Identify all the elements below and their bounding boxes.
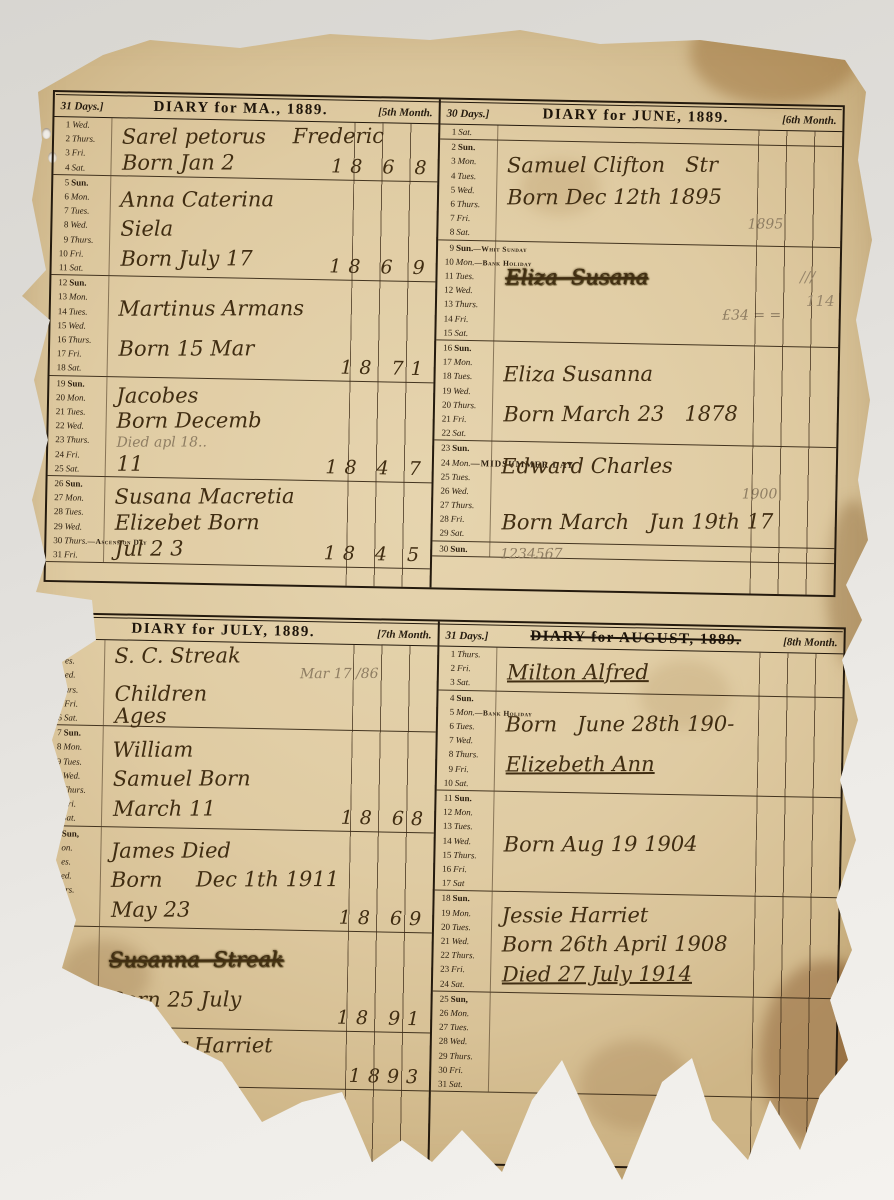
day-column: 12Sun.13Mon.14Tues.15Wed.16Thurs.17Fri.1…	[50, 275, 110, 375]
diary-day-row: 9Fri.	[439, 761, 494, 776]
diary-day-row: 17Sat	[437, 876, 492, 891]
diary-day-row: 22Sat.	[436, 426, 491, 441]
day-name: Sun.	[69, 278, 86, 288]
diary-day-row: 5Fri.	[48, 696, 103, 711]
handwritten-entry: Elizebeth Ann	[506, 753, 840, 775]
day-name: Mon.	[452, 457, 471, 467]
handwritten-entry: Martinus Armans	[118, 298, 432, 320]
day-number: 25	[436, 469, 450, 483]
handwritten-year: 18 68	[340, 806, 430, 830]
diary-day-row: 13Thurs.	[439, 297, 494, 312]
day-name: Sat.	[71, 162, 85, 172]
day-name: Thurs.	[451, 500, 474, 510]
diary-day-row: 29Sat.	[434, 526, 489, 541]
day-number: 25	[435, 991, 449, 1005]
day-name: Fri.	[64, 698, 78, 708]
diary-day-row: 28Tues.	[49, 504, 104, 519]
diary-day-row: 15Sat.	[438, 325, 493, 340]
month-number-label: [6th Month.	[782, 114, 837, 127]
day-name: Thurs.	[70, 234, 93, 244]
day-name: Mon.	[454, 357, 473, 367]
day-name: un,	[60, 928, 71, 938]
day-number: 15	[52, 318, 66, 332]
diary-day-row: 2Fri.	[441, 661, 496, 676]
day-number: 30	[433, 1062, 447, 1076]
day-name: Sun.	[456, 692, 473, 702]
day-name: es.	[61, 856, 71, 866]
handwritten-entry: Died 27 July 1914	[502, 963, 836, 985]
day-name: urs.	[64, 684, 78, 694]
stain	[690, 0, 860, 105]
day-number: 19	[436, 905, 450, 919]
day-number: 26	[49, 476, 63, 490]
day-name: i.	[60, 899, 65, 909]
day-name: Tues.	[65, 507, 84, 517]
handwritten-entries: S. C. StreakMar 17 /86ChildrenAges	[104, 643, 436, 729]
day-name: Mon.	[450, 1008, 469, 1018]
diary-day-row: urs.	[45, 882, 100, 897]
day-name: Wed.	[457, 185, 475, 195]
week-block: 23Sun.24Mon.—MIDSUMMER DAY25Tues.26Wed.2…	[432, 441, 836, 549]
day-number: 25	[50, 461, 64, 475]
handwritten-entry: Eliza Susanna	[503, 364, 835, 386]
day-name: Tues.	[455, 271, 474, 281]
day-name: Mon.	[67, 392, 86, 402]
handwritten-entry: Born Dec 1th 1911	[111, 868, 431, 890]
day-number: 5	[441, 182, 455, 196]
diary-day-row	[41, 1041, 96, 1056]
month-grid: 1Sat.2Sun.3Mon.4Tues.5Wed.6Thurs.7Fri.8S…	[432, 124, 843, 595]
day-name: Tues.	[450, 1022, 469, 1032]
photograph-background: 31 Days.] DIARY for MA., 1889. [5th Mont…	[0, 0, 894, 1200]
month-number-label: [8th Month.	[783, 636, 838, 649]
day-name: Mon.	[456, 257, 475, 267]
diary-day-row: 13Mon.	[53, 289, 108, 304]
diary-day-row: 6Sat.	[48, 710, 103, 725]
day-number: 5	[440, 704, 454, 718]
day-number: 17	[437, 876, 451, 890]
day-name: Mon.	[456, 707, 475, 717]
handwritten-year: 18 4 7	[325, 456, 428, 480]
day-name: Thurs.	[449, 1050, 472, 1060]
day-name: Sun.	[64, 728, 81, 738]
handwritten-entry: Born Dec 12th 1895	[507, 186, 839, 208]
handwritten-entry: Jessie Harriet	[502, 904, 836, 926]
day-name: Thurs.	[451, 950, 474, 960]
diary-day-row: 24Mon.—MIDSUMMER DAY	[436, 455, 491, 470]
diary-day-row: 10Fri.	[54, 246, 109, 261]
diary-month-may: 31 Days.] DIARY for MA., 1889. [5th Mont…	[46, 92, 439, 587]
month-grid: 1Thurs.2Fri.3Sat.Milton Alfred4Sun.5Mon.…	[430, 647, 844, 1171]
diary-day-row: 30Fri.	[433, 1062, 488, 1077]
diary-day-row: 8Sat.	[440, 225, 495, 240]
day-name: Fri.	[455, 763, 469, 773]
diary-day-row: on.	[45, 840, 100, 855]
diary-day-row	[43, 969, 98, 984]
week-block: 16Sun.17Mon.18Tues.19Wed.20Thurs.21Fri.2…	[434, 340, 838, 448]
diary-day-row: ed.	[49, 667, 104, 682]
day-number: 19	[51, 376, 65, 390]
week-block: 4Sun.5Mon.—Bank Holiday6Tues.7Wed.8Thurs…	[437, 690, 843, 798]
week-block: 25Sun,26Mon.27Tues.28Wed.29Thurs.30Fri.3…	[431, 991, 837, 1099]
diary-day-row: 4Tues.	[441, 168, 496, 183]
day-number: 1	[56, 117, 70, 131]
diary-day-row: 7Tues.	[55, 203, 110, 218]
day-number: 6	[55, 189, 69, 203]
diary-day-row: 19Sun.	[51, 376, 106, 391]
day-number: 13	[46, 810, 60, 824]
day-number: 11	[438, 791, 452, 805]
day-name: on.	[61, 842, 72, 852]
day-number: 3	[442, 154, 456, 168]
day-column: 18Sun.19Mon.20Tues.21Wed.22Thurs.23Fri.2…	[433, 891, 493, 991]
diary-day-row: 5Sun.	[55, 175, 110, 190]
diary-day-row: 8Wed.	[54, 217, 109, 232]
diary-month-july: ys.] DIARY for JULY, 1889. [7th Month. o…	[38, 614, 438, 1162]
month-grid: 1Wed.2Thurs.3Fri.4Sat.Sarel petorus Fred…	[46, 117, 439, 587]
diary-day-row: 18Sat.	[52, 360, 107, 375]
diary-day-row: 13Sat.	[46, 810, 101, 825]
day-number: 31	[48, 547, 62, 561]
day-name: on.	[65, 641, 76, 651]
day-number: 6	[441, 196, 455, 210]
month-title: DIARY for JULY, 1889.	[131, 621, 315, 642]
diary-day-row: 27Thurs.	[435, 498, 490, 513]
handwritten-year: 18 91	[337, 1007, 427, 1031]
day-number: 4	[440, 690, 454, 704]
day-name: Wed.	[63, 770, 81, 780]
day-number: 18	[436, 891, 450, 905]
handwritten-year: 18 71	[340, 356, 430, 380]
day-number: 15	[437, 847, 451, 861]
day-name: Thurs.	[68, 334, 91, 344]
handwritten-entry: Elizebet Born	[115, 512, 429, 534]
diary-day-row: 19Wed.	[437, 383, 492, 398]
handwritten-entries: Jessie HarrietBorn 26th April 1908Died 2…	[492, 895, 838, 996]
diary-day-row: 21Wed.	[436, 933, 491, 948]
day-name: Sun,	[451, 994, 468, 1004]
diary-day-row: 21Fri.	[437, 411, 492, 426]
diary-day-row: 14Wed.	[438, 833, 493, 848]
day-number: 3	[56, 145, 70, 159]
pencil-note: 1900	[742, 487, 778, 501]
day-number: 12	[46, 796, 60, 810]
day-column: 9Sun.—Whit Sunday10Mon.—Bank Holiday11Tu…	[436, 240, 496, 340]
day-number: 8	[54, 217, 68, 231]
diary-day-row: 10Mon.—Bank Holiday	[440, 254, 495, 269]
day-number: 6	[48, 710, 62, 724]
day-number: 31	[433, 1076, 447, 1090]
diary-day-row: un,	[44, 926, 99, 941]
pencil-note: 1234567	[500, 546, 832, 561]
month-grid: on.es.ed.urs.5Fri.6Sat.S. C. StreakMar 1…	[38, 639, 438, 1162]
day-number: 11	[53, 260, 67, 274]
diary-day-row: 31Fri.	[48, 547, 103, 562]
day-name: Mon.	[71, 191, 90, 201]
week-block: Louiser Harriet2 3 July1893	[39, 1026, 430, 1091]
diary-day-row: 27Tues.	[434, 1020, 489, 1035]
day-name: Sun.	[452, 443, 469, 453]
day-name: Sat.	[66, 463, 80, 473]
handwritten-entry: Children	[115, 682, 435, 704]
diary-day-row: 22Thurs.	[435, 948, 490, 963]
day-number: 19	[437, 383, 451, 397]
handwritten-entry: Edward Charles	[501, 456, 833, 478]
diary-day-row: 11Sun.	[438, 791, 493, 806]
day-name: Thurs.	[455, 299, 478, 309]
diary-day-row: 16Sun.	[438, 340, 493, 355]
day-name: ed.	[61, 870, 72, 880]
day-name: Wed.	[455, 285, 473, 295]
pencil-note: £34 = =	[722, 308, 781, 322]
day-name: Fri.	[451, 964, 465, 974]
day-name: Mon.	[63, 742, 82, 752]
day-name: Mon.	[452, 907, 471, 917]
diary-spread-top: 31 Days.] DIARY for MA., 1889. [5th Mont…	[44, 90, 845, 597]
day-column: 5Sun.6Mon.7Tues.8Wed.9Thurs.10Fri.11Sat.	[51, 175, 111, 275]
day-name: Sun.	[71, 177, 88, 187]
day-name: es.	[65, 656, 75, 666]
day-name: t.	[60, 913, 65, 923]
diary-day-row: 5Mon.—Bank Holiday	[440, 704, 495, 719]
diary-day-row: 9Sun.—Whit Sunday	[440, 240, 495, 255]
day-name: Mon.	[454, 807, 473, 817]
day-number: 8	[439, 747, 453, 761]
diary-day-row: 21Tues.	[51, 404, 106, 419]
day-name: Sat.	[456, 227, 470, 237]
days-count-label: ys.]	[54, 622, 70, 634]
diary-day-row: 23Thurs.	[50, 432, 105, 447]
day-number: 22	[435, 948, 449, 962]
diary-month-june: 30 Days.] DIARY for JUNE, 1889. [6th Mon…	[430, 99, 843, 595]
diary-day-row: 22Wed.	[50, 418, 105, 433]
day-name: Thurs.	[457, 649, 480, 659]
diary-day-row: 30Thurs.—Ascension Day	[48, 533, 103, 548]
day-number: 14	[438, 833, 452, 847]
diary-day-row	[41, 1069, 96, 1084]
diary-day-row: 13Tues.	[438, 819, 493, 834]
day-column: Sun,on.es.ed.urs.i.t.	[42, 826, 102, 926]
diary-day-row: 26Sun.	[49, 476, 104, 491]
handwritten-entries: Born June 28th 190-Elizebeth Ann	[495, 694, 841, 795]
day-name: Thurs.	[453, 850, 476, 860]
diary-day-row: 7Fri.	[440, 211, 495, 226]
day-column: 1Thurs.2Fri.3Sat.	[439, 647, 498, 691]
day-number: 28	[435, 512, 449, 526]
diary-day-row: 14Fri.	[439, 311, 494, 326]
handwritten-entry: Eliza Susana	[505, 266, 837, 288]
diary-day-row	[43, 940, 98, 955]
diary-day-row: 4Sun.	[440, 690, 495, 705]
day-name: Sat.	[68, 363, 82, 373]
day-name: Sat.	[455, 778, 469, 788]
day-name: Wed.	[65, 521, 83, 531]
diary-day-row	[42, 1011, 97, 1026]
day-number: 23	[50, 432, 64, 446]
diary-day-row: 30Sun.	[434, 541, 489, 556]
week-block: 2Sun.3Mon.4Tues.5Wed.6Thurs.7Fri.8Sat.Sa…	[438, 140, 842, 248]
day-name: Mon.	[69, 292, 88, 302]
diary-day-row: 12Mon.	[438, 805, 493, 820]
week-block: 7Sun.8Mon.9Tues.10Wed.11Thurs.12Fri.13Sa…	[44, 725, 436, 833]
day-name: Sat.	[454, 327, 468, 337]
diary-day-row: t.	[44, 911, 99, 926]
day-name: Sun.	[456, 242, 473, 252]
pencil-note: 1895	[748, 218, 784, 232]
day-name: Thurs.	[455, 749, 478, 759]
day-number: 4	[55, 160, 69, 174]
day-name: Thurs.	[453, 399, 476, 409]
week-block: Sun,on.es.ed.urs.i.t.James DiedBorn Dec …	[42, 826, 434, 934]
day-name: Wed.	[451, 486, 469, 496]
day-column: on.es.ed.urs.5Fri.6Sat.	[46, 639, 106, 725]
handwritten-entries: Milton Alfred	[497, 650, 843, 694]
diary-day-row: 25Sun,	[435, 991, 490, 1006]
diary-day-row: 1Thurs.	[441, 647, 496, 662]
day-number: 29	[434, 526, 448, 540]
diary-day-row: 12Fri.	[46, 796, 101, 811]
day-name: Wed.	[452, 936, 470, 946]
month-title: DIARY for MA., 1889.	[153, 99, 328, 119]
day-number: 1	[442, 124, 456, 138]
day-number: 16	[52, 332, 66, 346]
day-name: Fri.	[449, 1065, 463, 1075]
day-name: Tues.	[67, 406, 86, 416]
pencil-note: Died apl 18..	[117, 434, 431, 449]
day-number: 21	[436, 933, 450, 947]
week-block: un,Susanna StreakBorn 25 July18 91	[40, 926, 432, 1034]
diary-day-row: 7Sun.	[48, 725, 103, 740]
day-name: Thurs.	[66, 435, 89, 445]
diary-day-row	[43, 954, 98, 969]
diary-day-row: 18Tues.	[437, 369, 492, 384]
day-name: Wed.	[456, 735, 474, 745]
day-number: 11	[46, 782, 60, 796]
diary-day-row: 23Fri.	[435, 962, 490, 977]
day-number: 12	[53, 275, 67, 289]
day-column: 26Sun.27Mon.28Tues.29Wed.30Thurs.—Ascens…	[46, 476, 106, 562]
handwritten-entry: Susana Macretia	[115, 486, 429, 508]
day-number: 18	[437, 369, 451, 383]
day-name: Thurs.	[457, 199, 480, 209]
day-column: 30Sun.	[432, 541, 490, 556]
handwritten-entries: Born Aug 19 1904	[493, 794, 839, 895]
day-name: Fri.	[72, 148, 86, 158]
day-number: 2	[56, 131, 70, 145]
month-title: DIARY for AUGUST, 1889.	[530, 628, 741, 649]
day-number: 2	[442, 140, 456, 154]
diary-day-row: on.	[49, 639, 104, 654]
day-column: 19Sun.20Mon.21Tues.22Wed.23Thurs.24Fri.2…	[48, 376, 108, 476]
diary-day-row: 20Mon.	[51, 390, 106, 405]
diary-day-row: 12Wed.	[439, 283, 494, 298]
diary-day-row: 14Tues.	[53, 304, 108, 319]
diary-day-row: 12Sun.	[53, 275, 108, 290]
handwritten-entry: James Died	[111, 839, 431, 861]
day-number: 18	[52, 360, 66, 374]
day-number: 14	[439, 311, 453, 325]
handwritten-year: 1893	[349, 1065, 426, 1088]
day-number: 9	[439, 761, 453, 775]
day-name: Wed.	[454, 835, 472, 845]
day-name: Thurs.	[72, 134, 95, 144]
day-name: Thurs.	[63, 784, 86, 794]
diary-day-row: 15Thurs.	[437, 847, 492, 862]
week-block: 26Sun.27Mon.28Tues.29Wed.30Thurs.—Ascens…	[46, 476, 432, 570]
day-number: 1	[441, 647, 455, 661]
day-name: Fri.	[457, 213, 471, 223]
diary-day-row: 8Mon.	[47, 739, 102, 754]
diary-day-row: 10Sat.	[439, 775, 494, 790]
diary-day-row	[42, 997, 97, 1012]
diary-spread-bottom: ys.] DIARY for JULY, 1889. [7th Month. o…	[36, 612, 846, 1172]
diary-day-row: 24Fri.	[50, 447, 105, 462]
day-name: Fri.	[62, 798, 76, 808]
day-number: 23	[436, 441, 450, 455]
diary-day-row: 19Mon.	[436, 905, 491, 920]
diary-day-row	[42, 1026, 97, 1041]
diary-day-row: es.	[49, 653, 104, 668]
day-name: Tues.	[71, 206, 90, 216]
month-number-label: [7th Month.	[377, 628, 432, 641]
days-count-label: 31 Days.]	[61, 100, 104, 113]
diary-day-row: 4Sat.	[55, 160, 110, 175]
day-column: 7Sun.8Mon.9Tues.10Wed.11Thurs.12Fri.13Sa…	[44, 725, 104, 825]
handwritten-entry: Sarel petorus Frederic	[122, 126, 436, 148]
day-name: Mon.	[458, 156, 477, 166]
day-name: Wed.	[70, 220, 88, 230]
day-name: Tues.	[456, 721, 475, 731]
day-number: 9	[54, 232, 68, 246]
diary-day-row: 11Thurs.	[46, 782, 101, 797]
week-block: 12Sun.13Mon.14Tues.15Wed.16Thurs.17Fri.1…	[50, 275, 436, 383]
diary-day-row: 8Thurs.	[439, 747, 494, 762]
day-name: Sat.	[452, 428, 466, 438]
day-column: 16Sun.17Mon.18Tues.19Wed.20Thurs.21Fri.2…	[434, 340, 494, 440]
day-name: Tues.	[457, 170, 476, 180]
handwritten-entry: Siela	[120, 218, 434, 240]
diary-day-row: 29Wed.	[49, 519, 104, 534]
handwritten-entry: S. C. Streak	[114, 645, 434, 667]
day-number: 9	[47, 754, 61, 768]
diary-day-row: 1Wed.	[56, 117, 111, 132]
handwritten-year: 18 6 8	[331, 155, 434, 179]
diary-day-row: 28Wed.	[434, 1034, 489, 1049]
day-number: 20	[436, 919, 450, 933]
diary-day-row: 26Wed.	[435, 483, 490, 498]
day-name: Sat.	[458, 127, 472, 137]
day-number: 20	[51, 390, 65, 404]
diary-day-row: i.	[44, 897, 99, 912]
day-number: 17	[52, 346, 66, 360]
day-name: Fri.	[451, 514, 465, 524]
day-name: Fri.	[64, 549, 78, 559]
day-column: 1Wed.2Thurs.3Fri.4Sat.	[53, 117, 112, 175]
handwritten-entry: William	[113, 739, 433, 761]
day-number: 29	[48, 519, 62, 533]
diary-day-row: 17Fri.	[52, 346, 107, 361]
day-number: 15	[438, 325, 452, 339]
day-name: Fri.	[453, 864, 467, 874]
diary-day-row: 16Thurs.	[52, 332, 107, 347]
handwritten-entry: Born Aug 19 1904	[504, 834, 838, 856]
day-name: Wed.	[450, 1036, 468, 1046]
day-column: 11Sun.12Mon.13Tues.14Wed.15Thurs.16Fri.1…	[435, 791, 495, 891]
day-name: urs.	[61, 885, 75, 895]
handwritten-entry: Louiser Harriet	[107, 1035, 427, 1057]
handwritten-entries: Edward Charles1900Born March Jun 19th 17	[491, 445, 835, 546]
diary-day-row: 16Fri.	[437, 861, 492, 876]
